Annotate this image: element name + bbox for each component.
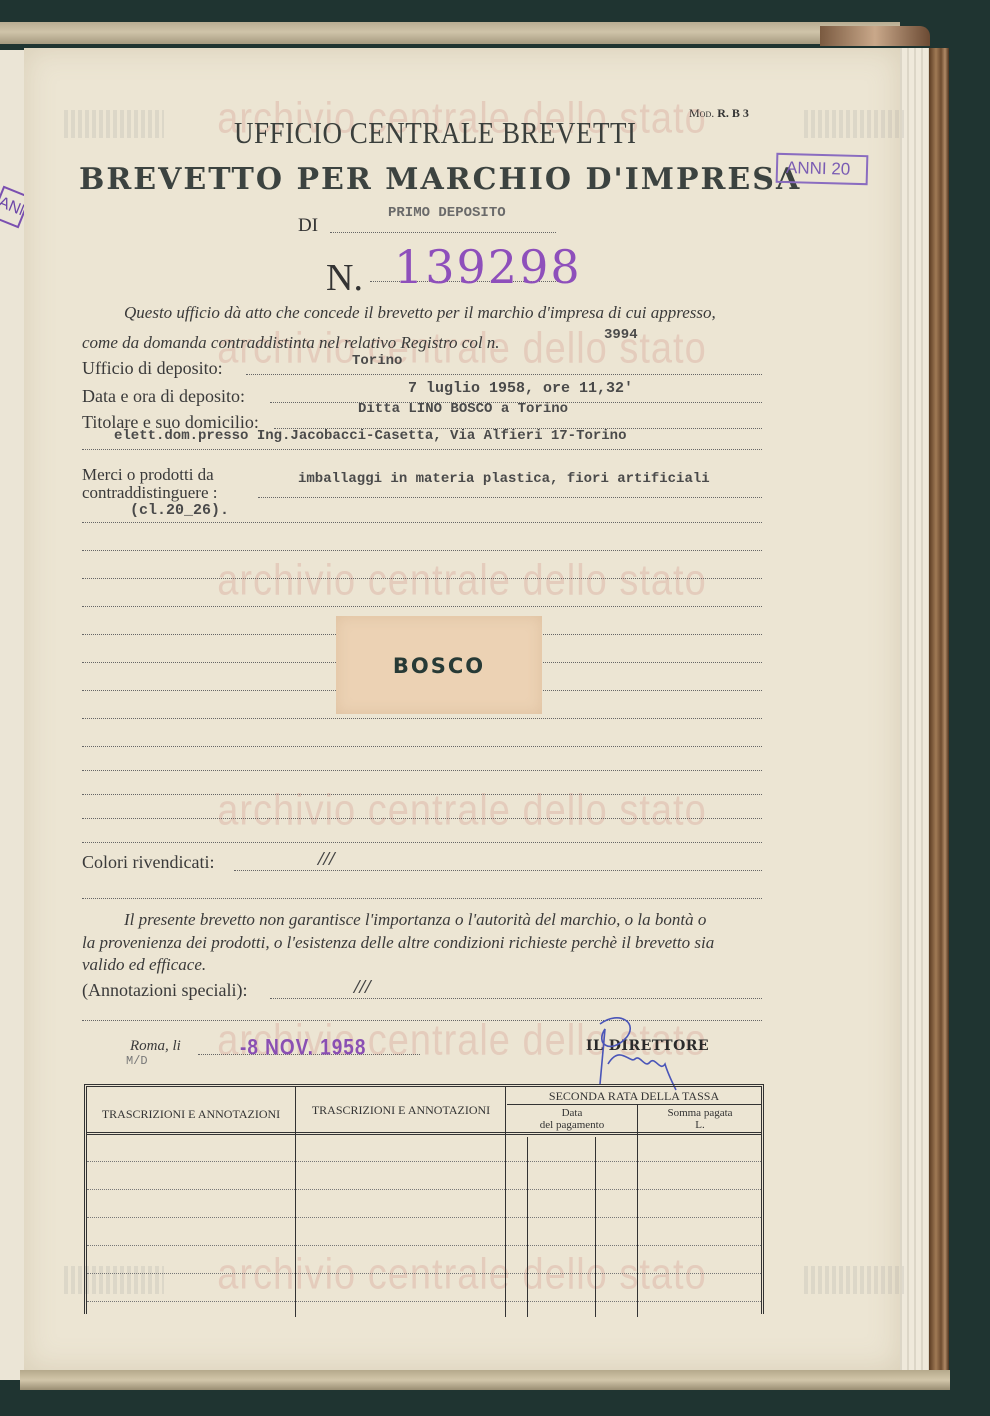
watermark: archivio centrale dello stato bbox=[24, 557, 900, 606]
intro-text-line2: come da domanda contraddistinta nel rela… bbox=[82, 333, 500, 353]
column-divider bbox=[527, 1137, 528, 1317]
table-row bbox=[87, 1301, 761, 1302]
office-heading: UFFICIO CENTRALE BREVETTI bbox=[234, 116, 636, 151]
column-divider bbox=[637, 1104, 638, 1317]
dotted-line bbox=[234, 870, 762, 871]
office-label: Ufficio di deposito: bbox=[82, 358, 223, 379]
watermark-bars bbox=[804, 1266, 904, 1294]
dotted-line bbox=[82, 449, 762, 450]
table-row bbox=[87, 1245, 761, 1246]
page-stack-edges bbox=[895, 48, 931, 1376]
annotations-label: (Annotazioni speciali): bbox=[82, 980, 247, 1001]
column-divider bbox=[595, 1137, 596, 1317]
goods-label: Merci o prodotti da contraddistinguere : bbox=[82, 466, 218, 502]
registry-number: 3994 bbox=[604, 327, 638, 343]
table-row bbox=[87, 1189, 761, 1190]
table-row bbox=[87, 1161, 761, 1162]
dotted-line bbox=[258, 497, 762, 498]
deposit-type: PRIMO DEPOSITO bbox=[388, 205, 506, 221]
table-row bbox=[87, 1273, 761, 1274]
office-value: Torino bbox=[352, 353, 402, 369]
holder-address: elett.dom.presso Ing.Jacobacci-Casetta, … bbox=[114, 428, 626, 444]
column-header: TRASCRIZIONI E ANNOTAZIONI bbox=[87, 1107, 295, 1122]
colors-label: Colori rivendicati: bbox=[82, 852, 214, 873]
date-value: 7 luglio 1958, ore 11,32' bbox=[408, 380, 633, 397]
dotted-line bbox=[82, 746, 762, 747]
dotted-line bbox=[82, 606, 762, 607]
disclaimer-line1: Il presente brevetto non garantisce l'im… bbox=[124, 910, 706, 930]
dotted-line bbox=[246, 374, 762, 375]
number-label: N. bbox=[326, 256, 363, 300]
certificate-page: archivio centrale dello stato archivio c… bbox=[24, 48, 900, 1370]
years-stamp: ANNI 20 bbox=[776, 153, 869, 185]
disclaimer-line2: la provenienza dei prodotti, o l'esisten… bbox=[82, 933, 714, 953]
document-title: BREVETTO PER MARCHIO D'IMPRESA bbox=[79, 162, 801, 197]
column-divider bbox=[295, 1087, 296, 1317]
di-label: DI bbox=[298, 215, 318, 237]
column-header: TRASCRIZIONI E ANNOTAZIONI bbox=[297, 1103, 505, 1118]
place-label: Roma, li bbox=[130, 1038, 181, 1055]
patent-number: 139298 bbox=[394, 240, 582, 294]
clerk-initials: M/D bbox=[126, 1054, 148, 1068]
annotations-value: /// bbox=[354, 976, 371, 999]
form-code: Mod. R. B 3 bbox=[689, 106, 749, 121]
column-group-header: SECONDA RATA DELLA TASSA bbox=[507, 1089, 761, 1104]
binding-spine bbox=[929, 48, 949, 1378]
disclaimer-line3: valido ed efficace. bbox=[82, 955, 206, 975]
dotted-line bbox=[82, 578, 762, 579]
date-label: Data e ora di deposito: bbox=[82, 386, 245, 407]
watermark-bars bbox=[64, 110, 164, 138]
watermark-bars bbox=[804, 110, 904, 138]
dotted-line bbox=[82, 522, 762, 523]
dotted-line bbox=[82, 794, 762, 795]
divider bbox=[507, 1104, 761, 1105]
column-divider bbox=[505, 1087, 506, 1317]
dotted-line bbox=[82, 898, 762, 899]
column-header-amount: Somma pagata L. bbox=[639, 1107, 761, 1131]
table-header: TRASCRIZIONI E ANNOTAZIONI TRASCRIZIONI … bbox=[87, 1087, 761, 1135]
issue-date-stamp: -8 NOV. 1958 bbox=[240, 1036, 366, 1061]
goods-class: (cl.20_26). bbox=[130, 502, 229, 519]
dotted-line bbox=[270, 998, 762, 999]
colors-value: /// bbox=[318, 848, 335, 871]
dotted-line bbox=[330, 232, 556, 233]
director-signature bbox=[580, 1014, 680, 1094]
dotted-line bbox=[82, 842, 762, 843]
dotted-line bbox=[82, 550, 762, 551]
dotted-line bbox=[82, 818, 762, 819]
binding-bottom-edge bbox=[20, 1370, 950, 1390]
binding-top-edge bbox=[0, 22, 900, 44]
binding-corner bbox=[820, 26, 930, 46]
table-row bbox=[87, 1217, 761, 1218]
goods-value: imballaggi in materia plastica, fiori ar… bbox=[298, 471, 710, 487]
trademark-text: BOSCO bbox=[336, 654, 542, 678]
dotted-line bbox=[82, 770, 762, 771]
holder-value: Ditta LINO BOSCO a Torino bbox=[358, 401, 568, 417]
dotted-line bbox=[82, 718, 762, 719]
register-table: TRASCRIZIONI E ANNOTAZIONI TRASCRIZIONI … bbox=[84, 1084, 764, 1314]
intro-text-line1: Questo ufficio dà atto che concede il br… bbox=[124, 303, 716, 323]
trademark-specimen: BOSCO bbox=[336, 616, 542, 714]
column-header-date: Data del pagamento bbox=[507, 1107, 637, 1131]
